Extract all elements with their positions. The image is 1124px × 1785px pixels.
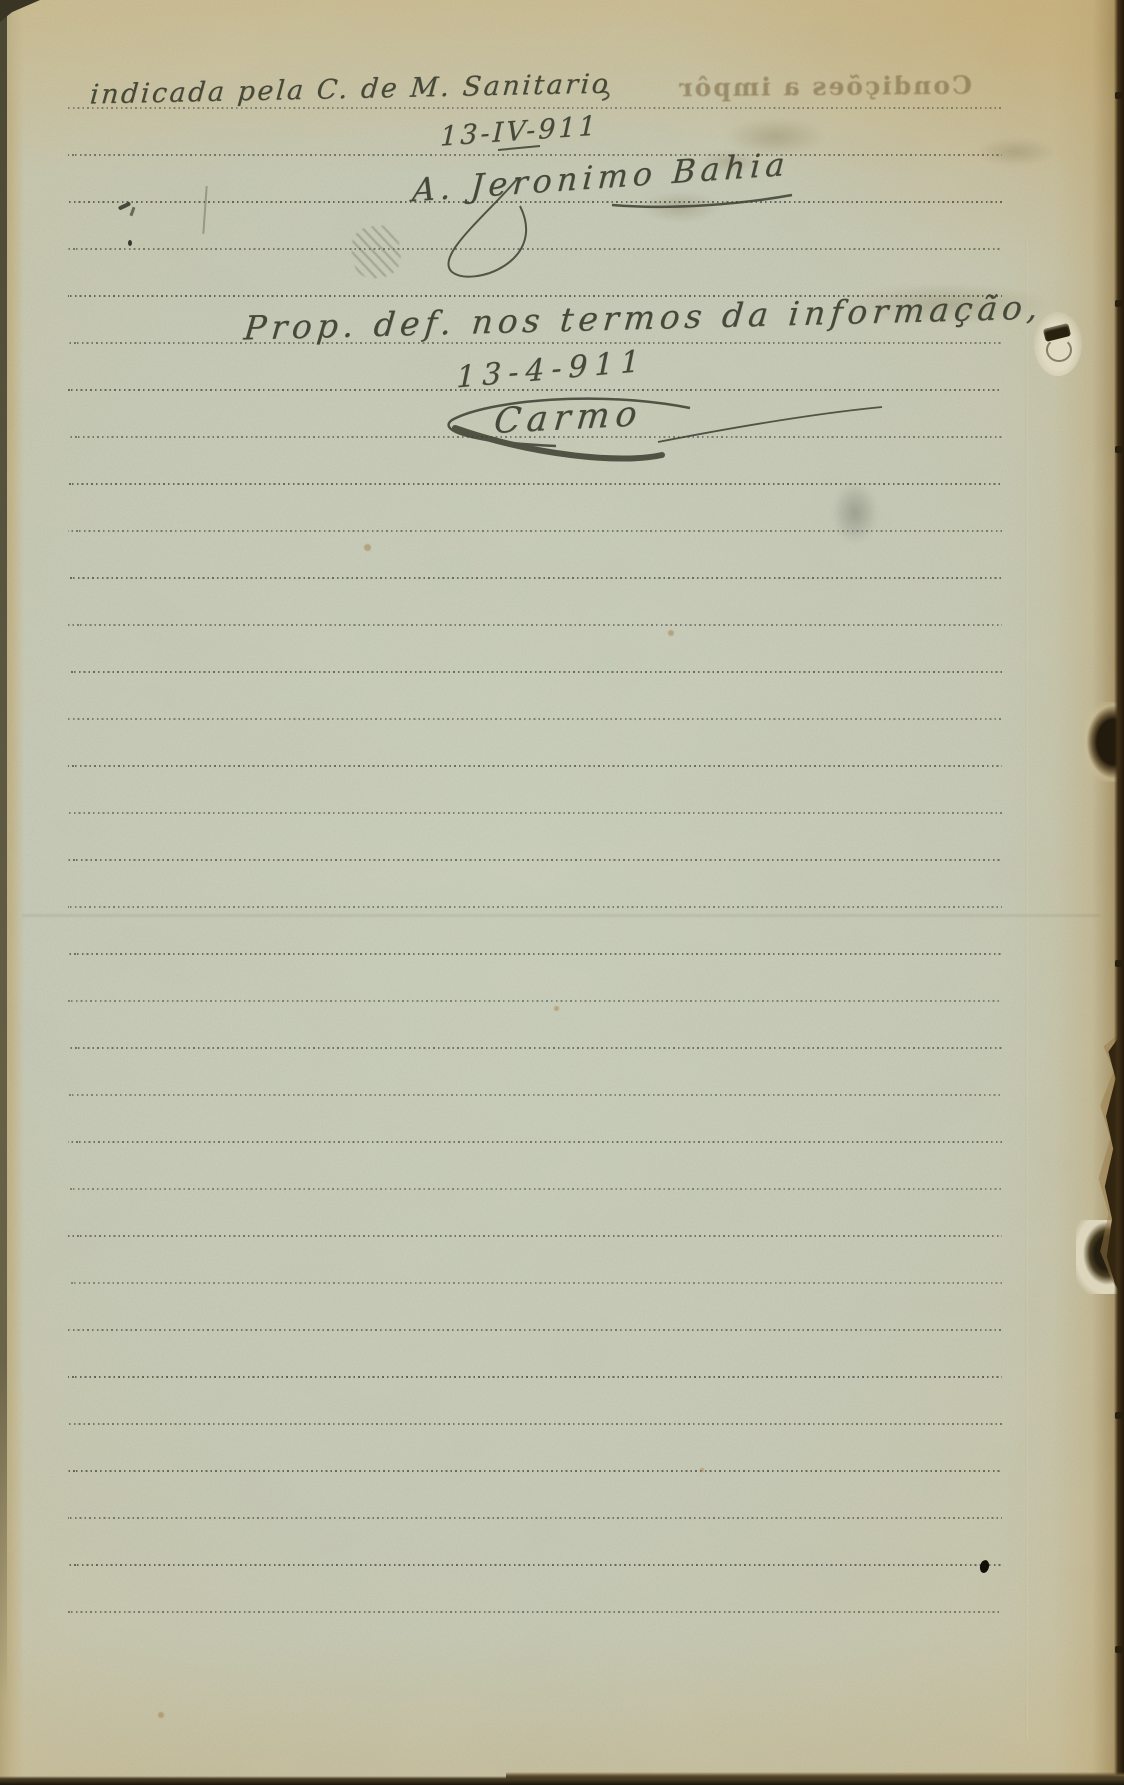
adjacent-page-edge (1115, 960, 1124, 967)
foxing-spot (158, 1712, 164, 1718)
margin-pencil-mark (128, 240, 132, 246)
foxing-spot (700, 1468, 704, 1472)
adjacent-page-edge (1115, 446, 1124, 453)
adjacent-page-edge (1115, 300, 1124, 307)
foxing-spot (554, 1006, 559, 1011)
signature-flourish-svg (0, 0, 1124, 1785)
adjacent-page-edge (1115, 92, 1124, 99)
scanned-document: Condições a impôr indicada pela C. de M.… (0, 0, 1124, 1785)
paper-hole (1034, 312, 1082, 376)
foxing-spot (668, 630, 674, 636)
page-edge-right (1114, 0, 1124, 1785)
signature-second: Carmo (492, 394, 645, 442)
adjacent-page-edge (1115, 1646, 1124, 1653)
grey-smudge (832, 482, 878, 544)
ledger-page: Condições a impôr indicada pela C. de M.… (0, 0, 1124, 1785)
page-edge-left (0, 0, 7, 1700)
page-edge-bottom (0, 1776, 1124, 1785)
adjacent-page-edge (1115, 1412, 1124, 1419)
foxing-spot (364, 544, 371, 551)
